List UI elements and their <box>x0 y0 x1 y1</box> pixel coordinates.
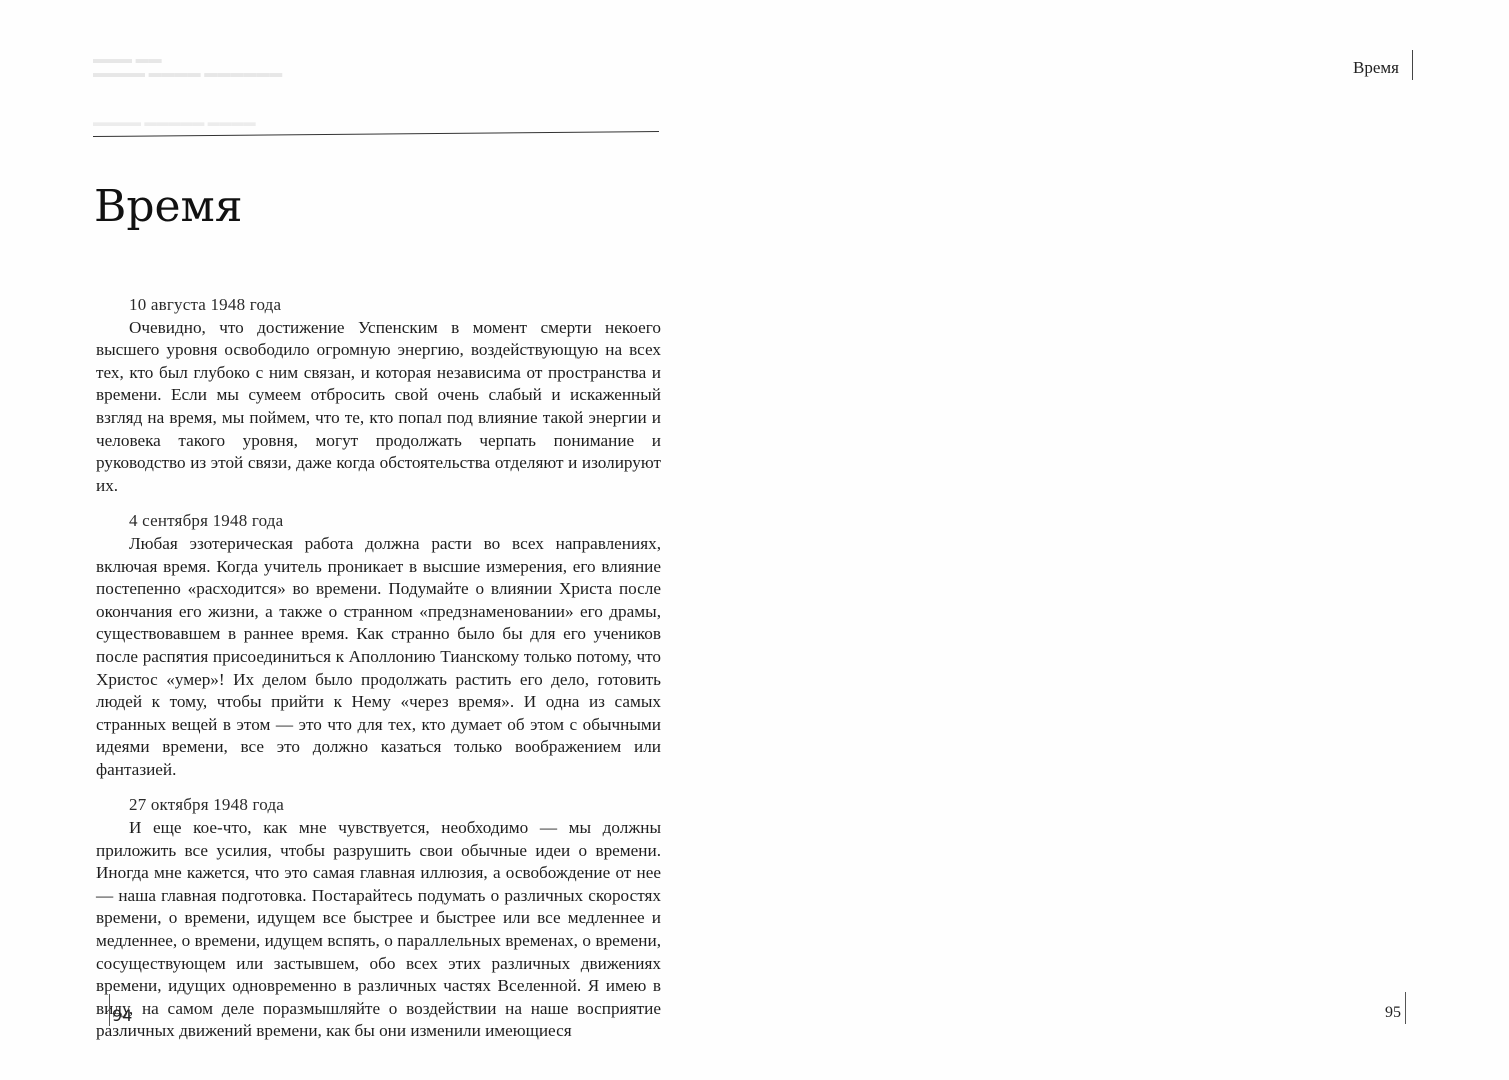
running-head: Время <box>1353 58 1407 78</box>
entry-date: 10 августа 1948 года <box>96 294 661 317</box>
entry-paragraph: И еще кое-что, как мне чувствуется, необ… <box>96 817 661 1043</box>
right-page: Время ценности, идеи причины и следствия… <box>755 0 1509 1080</box>
text-run: Очевидно, что достижение Успенским в мом… <box>96 318 661 495</box>
chapter-title: Время <box>94 179 243 235</box>
folio-rule-right <box>1405 992 1406 1024</box>
left-page: ▬▬▬ ▬▬▬▬▬▬ ▬▬▬▬ ▬▬▬▬▬▬ ▬▬▬▬ ▬▬▬▬▬ ▬▬▬▬ В… <box>0 0 755 1080</box>
entry-paragraph: Очевидно, что достижение Успенским в мом… <box>96 317 661 498</box>
bleed-through-subtitle: ▬▬▬▬ ▬▬▬▬▬ ▬▬▬▬ <box>93 115 256 129</box>
folio-rule-left <box>109 994 110 1026</box>
diary-entry: 27 октября 1948 годаИ еще кое-что, как м… <box>96 794 661 1043</box>
entry-date: 4 сентября 1948 года <box>96 510 661 533</box>
text-run: И еще кое-что, как мне чувствуется, необ… <box>96 818 661 1040</box>
running-head-rule <box>1412 50 1413 80</box>
page-number-right: 95 <box>1385 1004 1401 1022</box>
page-number-left: 94 <box>112 1006 132 1025</box>
chapter-rule <box>93 131 659 137</box>
diary-entry: 4 сентября 1948 годаЛюбая эзотерическая … <box>96 510 661 781</box>
left-text-column: 10 августа 1948 годаОчевидно, что достиж… <box>96 294 661 1056</box>
entry-paragraph: Любая эзотерическая работа должна расти … <box>96 533 661 782</box>
entry-date: 27 октября 1948 года <box>96 794 661 817</box>
bleed-through-header: ▬▬▬ ▬▬▬▬▬▬ ▬▬▬▬ ▬▬▬▬▬▬ <box>93 52 282 80</box>
text-run: Любая эзотерическая работа должна расти … <box>96 534 661 779</box>
diary-entry: 10 августа 1948 годаОчевидно, что достиж… <box>96 294 661 497</box>
book-spread: ▬▬▬ ▬▬▬▬▬▬ ▬▬▬▬ ▬▬▬▬▬▬ ▬▬▬▬ ▬▬▬▬▬ ▬▬▬▬ В… <box>0 0 1509 1080</box>
